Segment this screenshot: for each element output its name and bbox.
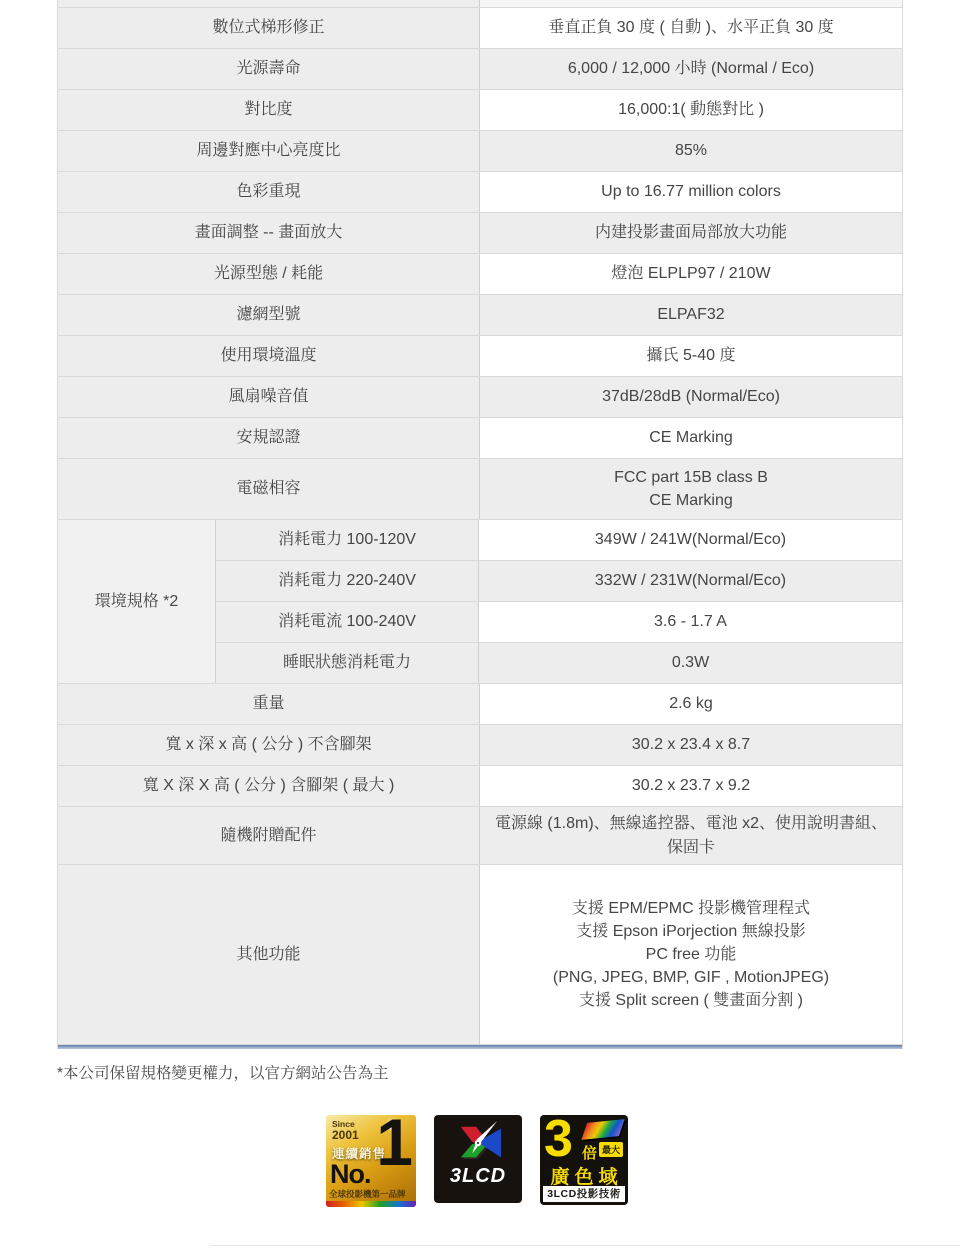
3lcd-wordmark: 3LCD: [450, 1165, 506, 1188]
spec-label: 電磁相容: [58, 459, 480, 519]
spec-value: 332W / 231W(Normal/Eco): [479, 561, 902, 601]
spec-value: Up to 16.77 million colors: [480, 172, 902, 212]
spec-value: 349W / 241W(Normal/Eco): [479, 520, 902, 560]
spec-value: 3.6 - 1.7 A: [479, 602, 902, 642]
spec-label: 畫面調整 -- 畫面放大: [58, 213, 480, 253]
spec-value: 電源線 (1.8m)、無線遙控器、電池 x2、使用說明書組、 保固卡: [480, 807, 902, 864]
spec-row: 重量 2.6 kg: [58, 684, 902, 725]
spec-label: 數位式梯形修正: [58, 8, 480, 48]
spec-value: 30.2 x 23.4 x 8.7: [480, 725, 902, 765]
spec-row: 隨機附贈配件 電源線 (1.8m)、無線遙控器、電池 x2、使用說明書組、 保固…: [58, 807, 902, 865]
spec-row: 色彩重現 Up to 16.77 million colors: [58, 172, 902, 213]
gamut-wide-text: 廣色域: [540, 1162, 628, 1189]
badge-no-text: No.: [330, 1159, 371, 1190]
spec-row: 消耗電力 220-240V 332W / 231W(Normal/Eco): [216, 561, 902, 602]
spec-value: 0.3W: [479, 643, 902, 683]
spec-row: 寬 X 深 X 高 ( 公分 ) 含腳架 ( 最大 ) 30.2 x 23.7 …: [58, 766, 902, 807]
spec-row: 光源型態 / 耗能 燈泡 ELPLP97 / 210W: [58, 254, 902, 295]
spec-label: 使用環境溫度: [58, 336, 480, 376]
spec-label: 對比度: [58, 90, 480, 130]
spec-value: 攝氏 5-40 度: [480, 336, 902, 376]
spec-row: 安規認證 CE Marking: [58, 418, 902, 459]
spec-row: 使用環境溫度 攝氏 5-40 度: [58, 336, 902, 377]
footnote: *本公司保留規格變更權力，以官方網站公告為主: [57, 1061, 389, 1083]
spec-label: 安規認證: [58, 418, 480, 458]
spec-label: 色彩重現: [58, 172, 480, 212]
spec-row: 光源壽命 6,000 / 12,000 小時 (Normal / Eco): [58, 49, 902, 90]
spec-label: [58, 0, 480, 7]
3lcd-logo: 3LCD: [434, 1115, 522, 1203]
spec-label: 寬 x 深 x 高 ( 公分 ) 不含腳架: [58, 725, 480, 765]
spec-value: 内建投影畫面局部放大功能: [480, 213, 902, 253]
spec-sublabel: 睡眠狀態消耗電力: [216, 643, 479, 683]
group-label: 環境規格 *2: [58, 520, 216, 683]
badge-row: ✹ Since 2001 連續銷售 No. 1 全球投影機第一品牌 3LCD: [326, 1115, 628, 1207]
spec-row: 對比度 16,000:1( 動態對比 ): [58, 90, 902, 131]
spec-label: 周邊對應中心亮度比: [58, 131, 480, 171]
spec-row: 消耗電力 100-120V 349W / 241W(Normal/Eco): [216, 520, 902, 561]
spec-label: 隨機附贈配件: [58, 807, 480, 864]
3lcd-pinwheel-icon: [449, 1121, 507, 1165]
no1-sales-badge: ✹ Since 2001 連續銷售 No. 1 全球投影機第一品牌: [326, 1115, 416, 1207]
spec-row: 周邊對應中心亮度比 85%: [58, 131, 902, 172]
rainbow-stripe: [326, 1201, 416, 1207]
spec-value: 支援 EPM/EPMC 投影機管理程式 支援 Epson iPorjection…: [480, 865, 902, 1044]
color-gamut-icon: [581, 1119, 624, 1140]
gamut-times-text: 倍: [582, 1142, 597, 1163]
spec-row: 風扇噪音值 37dB/28dB (Normal/Eco): [58, 377, 902, 418]
badge-one-text: 1: [376, 1115, 413, 1175]
spec-sublabel: 消耗電力 100-120V: [216, 520, 479, 560]
spec-label: 寬 X 深 X 高 ( 公分 ) 含腳架 ( 最大 ): [58, 766, 480, 806]
spec-table: 數位式梯形修正 垂直正負 30 度 ( 自動 )、水平正負 30 度 光源壽命 …: [57, 0, 903, 1049]
spec-row: 濾網型號 ELPAF32: [58, 295, 902, 336]
spec-row-partial: [58, 0, 902, 8]
spec-value: FCC part 15B class B CE Marking: [480, 459, 902, 519]
spec-value: 30.2 x 23.7 x 9.2: [480, 766, 902, 806]
spec-row: 消耗電流 100-240V 3.6 - 1.7 A: [216, 602, 902, 643]
spec-row: 數位式梯形修正 垂直正負 30 度 ( 自動 )、水平正負 30 度: [58, 8, 902, 49]
spec-label: 其他功能: [58, 865, 480, 1044]
spec-row: 其他功能 支援 EPM/EPMC 投影機管理程式 支援 Epson iPorje…: [58, 865, 902, 1045]
section-divider: [210, 1245, 960, 1246]
spec-label: 濾網型號: [58, 295, 480, 335]
spec-value: 37dB/28dB (Normal/Eco): [480, 377, 902, 417]
spec-value: ELPAF32: [480, 295, 902, 335]
gamut-max-tag: 最大: [599, 1142, 623, 1157]
spec-label: 重量: [58, 684, 480, 724]
gamut-3-text: 3: [544, 1115, 573, 1168]
badge-year: 2001: [332, 1128, 359, 1142]
wide-color-gamut-badge: 3 倍 最大 廣色域 3LCD投影技術: [540, 1115, 628, 1205]
page: 數位式梯形修正 垂直正負 30 度 ( 自動 )、水平正負 30 度 光源壽命 …: [0, 0, 960, 1248]
spec-row: 寬 x 深 x 高 ( 公分 ) 不含腳架 30.2 x 23.4 x 8.7: [58, 725, 902, 766]
spec-sublabel: 消耗電力 220-240V: [216, 561, 479, 601]
spec-value: 6,000 / 12,000 小時 (Normal / Eco): [480, 49, 902, 89]
spec-label: 光源壽命: [58, 49, 480, 89]
spec-row-group-environment: 環境規格 *2 消耗電力 100-120V 349W / 241W(Normal…: [58, 520, 902, 684]
badge-brand-text: 全球投影機第一品牌: [329, 1188, 406, 1200]
spec-value: 燈泡 ELPLP97 / 210W: [480, 254, 902, 294]
spec-value: [480, 0, 902, 7]
group-rows: 消耗電力 100-120V 349W / 241W(Normal/Eco) 消耗…: [216, 520, 902, 683]
spec-row: 電磁相容 FCC part 15B class B CE Marking: [58, 459, 902, 520]
spec-row: 畫面調整 -- 畫面放大 内建投影畫面局部放大功能: [58, 213, 902, 254]
spec-label: 風扇噪音值: [58, 377, 480, 417]
spec-sublabel: 消耗電流 100-240V: [216, 602, 479, 642]
spec-value: 垂直正負 30 度 ( 自動 )、水平正負 30 度: [480, 8, 902, 48]
spec-value: 2.6 kg: [480, 684, 902, 724]
spec-label: 光源型態 / 耗能: [58, 254, 480, 294]
spec-value: CE Marking: [480, 418, 902, 458]
spec-value: 85%: [480, 131, 902, 171]
spec-row: 睡眠狀態消耗電力 0.3W: [216, 643, 902, 683]
table-bottom-accent: [58, 1045, 902, 1049]
gamut-tech-text: 3LCD投影技術: [543, 1186, 625, 1202]
spec-value: 16,000:1( 動態對比 ): [480, 90, 902, 130]
